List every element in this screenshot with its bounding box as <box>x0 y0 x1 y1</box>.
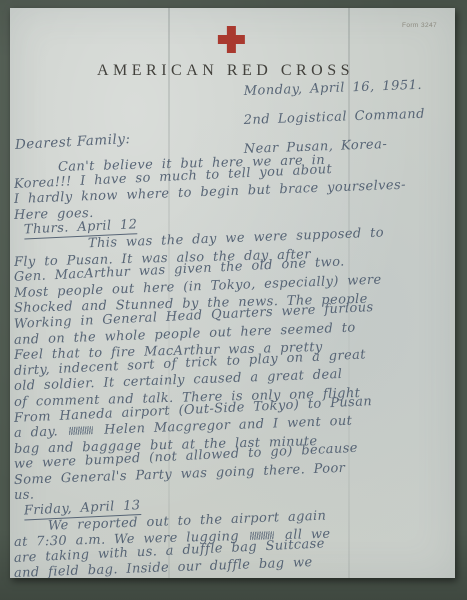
letter-photo: Form 3247 AMERICAN RED CROSS Monday, Apr… <box>0 0 467 600</box>
letterhead-title: AMERICAN RED CROSS <box>10 62 441 80</box>
form-number: Form 3247 <box>402 22 437 29</box>
letter-line-text: us. <box>14 488 35 504</box>
letter-line-text: a day. <box>14 424 67 441</box>
red-cross-icon <box>217 26 244 53</box>
letter-body: Can't believe it but here we are inKorea… <box>14 161 455 578</box>
letter-paper: Form 3247 AMERICAN RED CROSS Monday, Apr… <box>10 8 455 578</box>
crossed-out-word <box>68 426 92 435</box>
salutation: Dearest Family: <box>15 131 131 153</box>
